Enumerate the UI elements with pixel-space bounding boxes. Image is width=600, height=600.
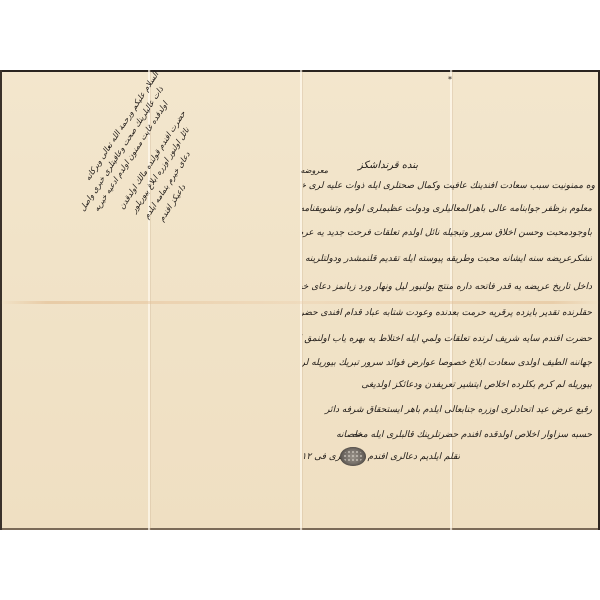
signature-line: نقلم ايلديم دعالرى افندم حضرتلرى فى ١٢ م…	[300, 452, 460, 462]
letter-heading: بنده قرنداشكز	[358, 160, 418, 171]
salutation-heading: معروضه	[300, 166, 328, 175]
letter-line: جهاننه الطيف اولدى سعادت ابلاغ خصوصا عوا…	[302, 358, 592, 368]
letter-line: بيوريله لم كرم بكلرده اخلاص ايتشير تعريف…	[302, 380, 592, 390]
letter-line: معلوم بزظفر جوابنامه عالى باهرالمعاليلرى…	[302, 204, 592, 214]
letter-line: باوجودمحبت وحسن اخلاق سرور وتبجيله نائل …	[302, 228, 592, 238]
seal-stamp	[340, 447, 366, 466]
letter-line: تشكرعريضه سنه ايشانه محبت وطريقه پيوسته …	[302, 254, 592, 264]
letter-line: حقلرنده تقدير بايزده پرقريه حرمت بعدنده …	[302, 308, 592, 318]
seal-pattern	[343, 450, 363, 463]
letter-line: حسبه سزاوار اخلاص اولدقده افندم حضرتلرين…	[302, 430, 592, 440]
right-page-body: معروضه بنده قرنداشكز وه ممنونيت سبب سعاد…	[0, 0, 600, 600]
letter-line: داخل تاريخ عريضه يه قدر فاتحه داره منتج …	[302, 282, 592, 292]
signature-mark: ~	[352, 428, 362, 442]
letter-line: وه ممنونيت سبب سعادت افندينك عافيت وكمال…	[303, 181, 595, 191]
letter-line: رقيع عرض عيد اتحادلرى اوزره جنابعالى ايل…	[302, 405, 592, 415]
letter-line: حضرت افندم سايه شريف لرنده تعلقات ولمي ا…	[302, 334, 592, 344]
